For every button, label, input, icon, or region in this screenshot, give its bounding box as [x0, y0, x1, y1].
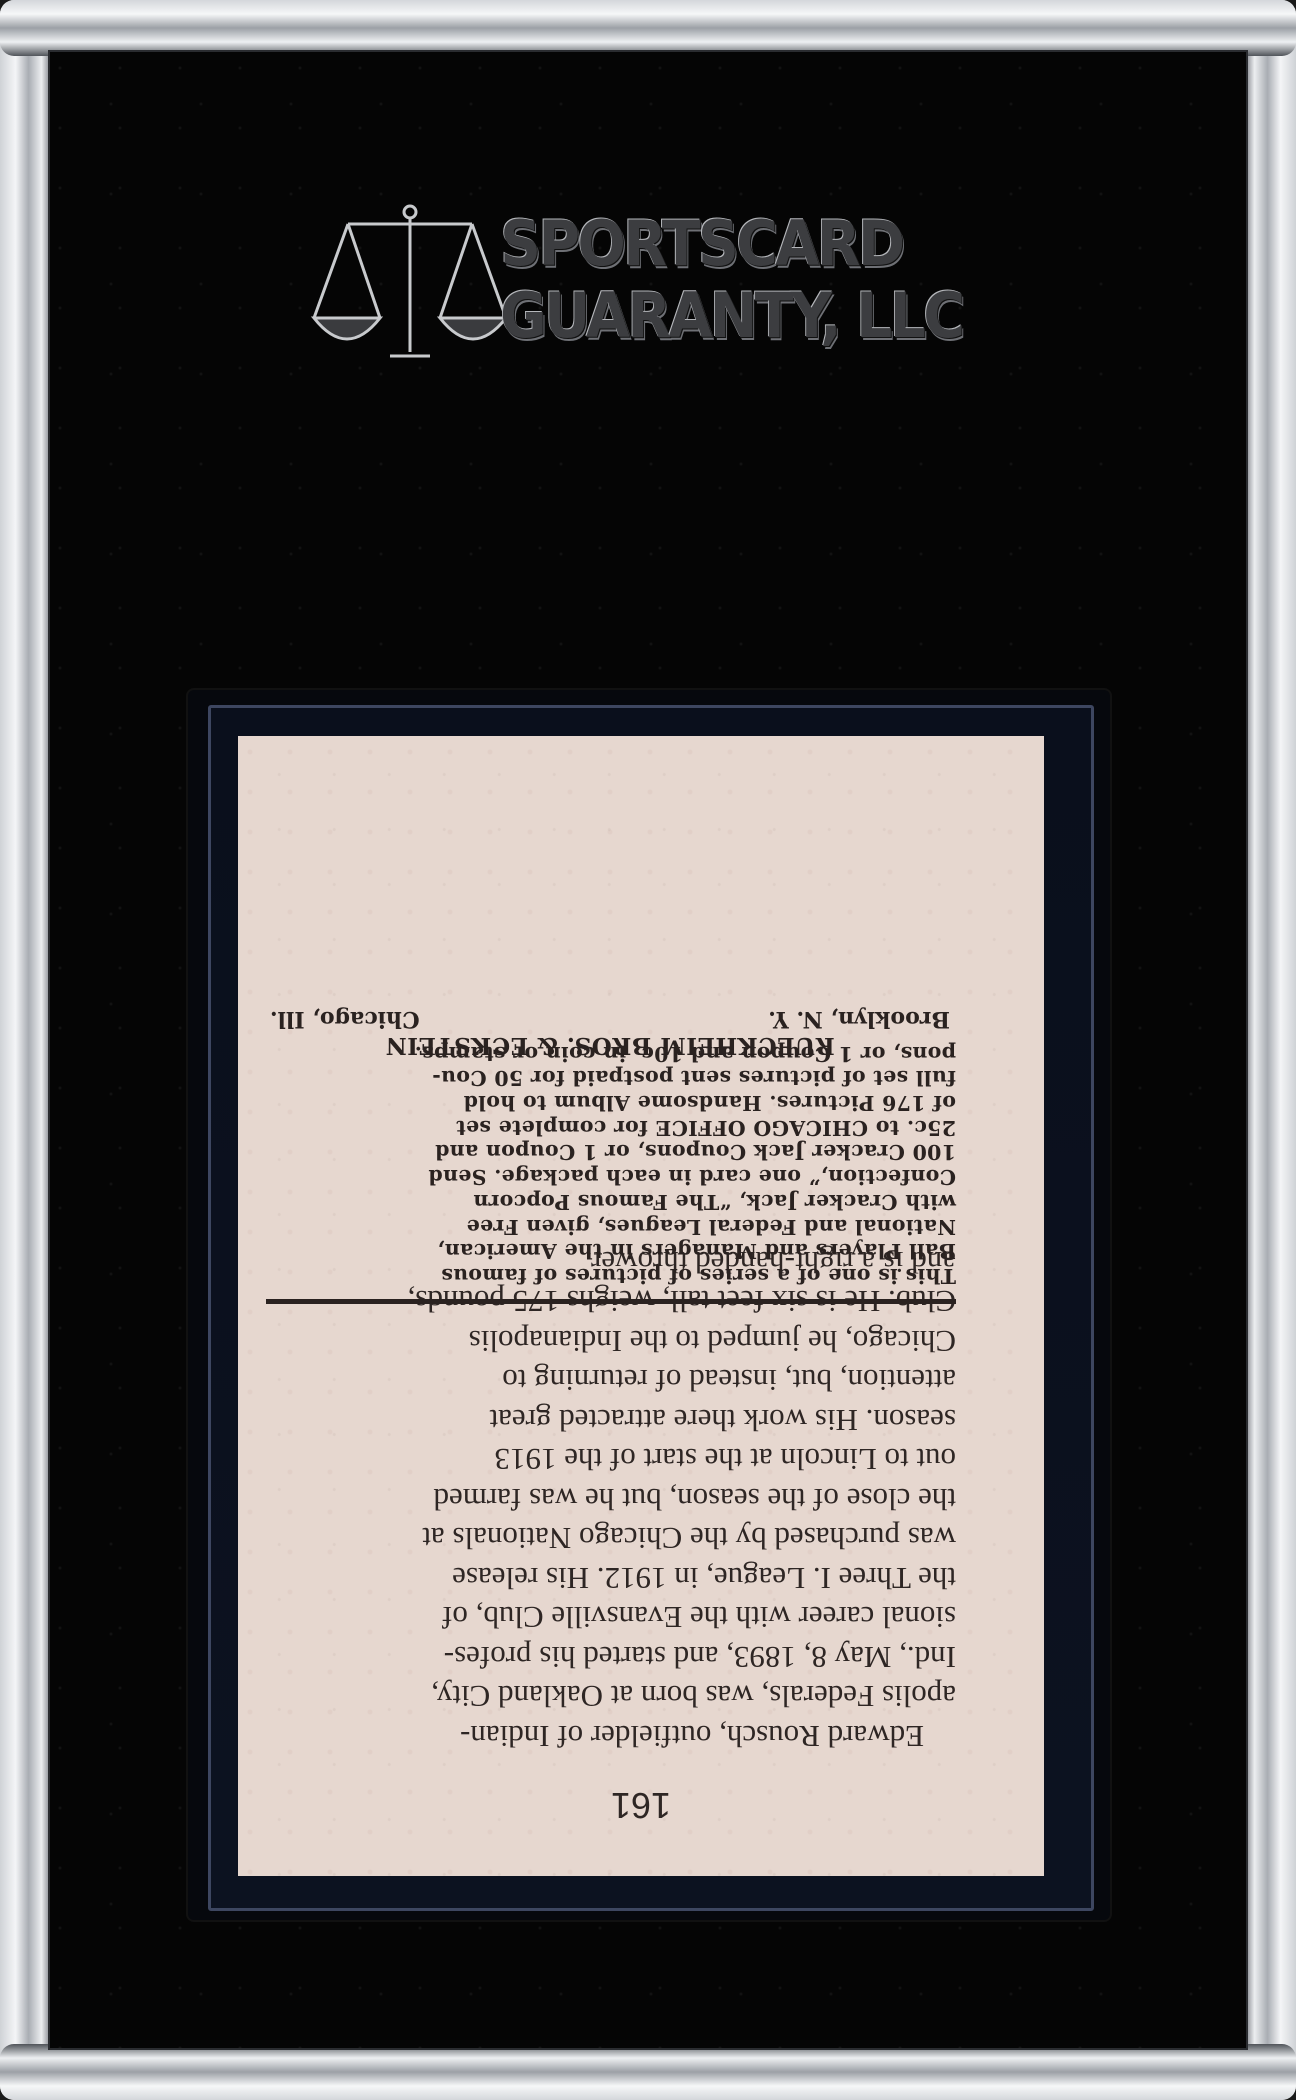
bio-line: attention, but, instead of returning to [266, 1361, 956, 1401]
publisher-block: RUECKHEIM BROS. & ECKSTEIN Brooklyn, N. … [264, 1006, 956, 1058]
bio-line: the close of the season, but he was farm… [266, 1480, 956, 1520]
card-number: 161 [238, 1784, 1044, 1826]
bio-line: Chicago, he jumped to the Indianapolis [266, 1322, 956, 1362]
bio-line: season. His work there attracted great [266, 1401, 956, 1441]
city-brooklyn: Brooklyn, N. Y. [768, 1006, 950, 1032]
promo-line: National and Federal Leagues, given Free [264, 1214, 956, 1239]
brand-line-1: SPORTSCARD [500, 208, 962, 280]
sgc-logo: SPORTSCARD GUARANTY, LLC [310, 200, 1010, 370]
bio-line: Edward Rousch, outfielder of Indian- [266, 1717, 956, 1757]
bio-line: was purchased by the Chicago Nationals a… [266, 1519, 956, 1559]
bio-line: sional career with the Evansville Club, … [266, 1598, 956, 1638]
bio-line: apolis Federals, was born at Oakland Cit… [266, 1677, 956, 1717]
promo-line: 100 Cracker Jack Coupons, or 1 Coupon an… [264, 1140, 956, 1165]
bio-line: out to Lincoln at the start of the 1913 [266, 1440, 956, 1480]
sgc-brand-text: SPORTSCARD GUARANTY, LLC [500, 208, 962, 352]
bio-line: the Three I. League, in 1912. His releas… [266, 1559, 956, 1599]
city-chicago: Chicago, Ill. [270, 1006, 420, 1032]
baseball-card-back: 161 Edward Rousch, outfielder of Indian-… [238, 736, 1044, 1876]
brand-line-2: GUARANTY, LLC [500, 280, 962, 352]
promo-line: Confection,” one card in each package. S… [264, 1164, 956, 1189]
promo-line: of 176 Pictures. Handsome Album to hold [264, 1090, 956, 1115]
promo-line: 25c. to CHICAGO OFFICE for complete set [264, 1115, 956, 1140]
publisher-cities: Brooklyn, N. Y. Chicago, Ill. [264, 1006, 956, 1032]
section-divider [266, 1299, 956, 1304]
promo-line: with Cracker Jack, “The Famous Popcorn [264, 1189, 956, 1214]
publisher-name: RUECKHEIM BROS. & ECKSTEIN [264, 1032, 956, 1058]
bio-line: Ind., May 8, 1893, and started his profe… [266, 1638, 956, 1678]
player-biography: Edward Rousch, outfielder of Indian- apo… [266, 1243, 956, 1757]
cracker-jack-promo-text: This is one of a series of pictures of f… [264, 1041, 956, 1288]
card-back-content-rotated: 161 Edward Rousch, outfielder of Indian-… [238, 736, 1044, 1876]
scales-of-justice-icon [310, 200, 510, 370]
promo-line: full set of pictures sent postpaid for 5… [264, 1066, 956, 1091]
card-window: 161 Edward Rousch, outfielder of Indian-… [188, 690, 1110, 1920]
promo-line: Ball Players and Managers in the America… [264, 1239, 956, 1264]
card-sleeve-frame: 161 Edward Rousch, outfielder of Indian-… [208, 705, 1094, 1911]
promo-line: This is one of a series of pictures of f… [264, 1263, 956, 1288]
